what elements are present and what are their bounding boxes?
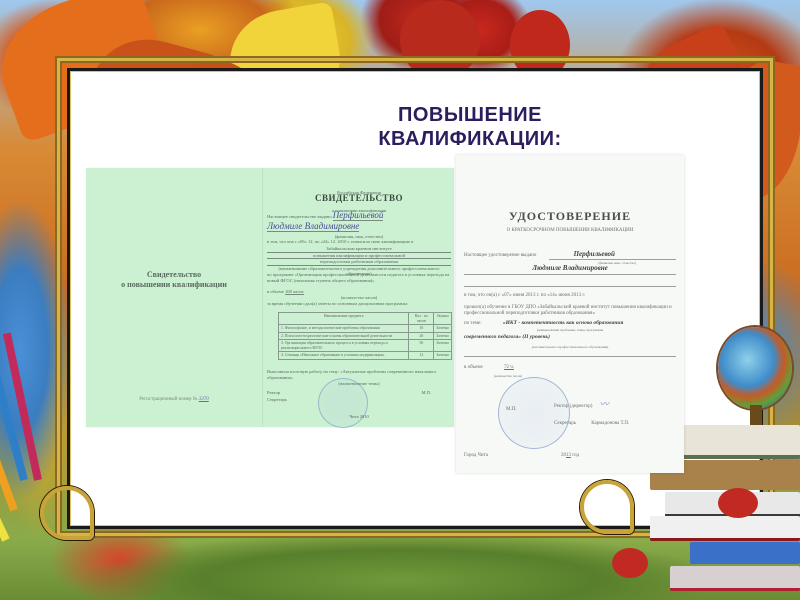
volume: в объеме 108 часов: [267, 289, 451, 295]
globe-image: [718, 327, 792, 409]
globe-stand: [750, 405, 762, 427]
recipient-name: Людмиле Владимировне: [267, 224, 451, 231]
green-certificate-image: Свидетельство о повышении квалификации Р…: [86, 168, 454, 427]
subjects-table: Наименование предмета Кол - во часов Оце…: [278, 312, 452, 360]
topic: по теме: «ИКТ - компетентность как основ…: [464, 320, 676, 327]
registration-number: Регистрационный номер № 3370: [86, 397, 262, 402]
table-row: 2. Психолого-педагогические основы образ…: [279, 332, 452, 340]
book-image: [650, 516, 800, 541]
city-year: Чита 2010: [267, 414, 451, 420]
rowan-berries-decoration: [718, 488, 758, 518]
secretary-signature: Секретарь Кармадонова Т.П.: [554, 421, 676, 427]
issued-to: Настоящее свидетельство выдано Перфильев…: [267, 213, 451, 220]
volume: в объеме 72 ч.: [464, 365, 676, 371]
table-header: Наименование предмета: [279, 313, 409, 325]
program-text: по программе «Организация профессиональн…: [267, 272, 451, 283]
certificate-cover-page: Свидетельство о повышении квалификации Р…: [86, 168, 262, 427]
official-stamp: [498, 377, 570, 449]
exams-text: за время обучения сдал(а) зачеты по осно…: [267, 301, 451, 307]
table-header: Оценка: [434, 313, 452, 325]
table-row: 1. Философские, и методологические пробл…: [279, 325, 452, 333]
white-certificate-image: УДОСТОВЕРЕНИЕ О КРАТКОСРОЧНОМ ПОВЫШЕНИИ …: [456, 155, 684, 473]
doc-title: УДОСТОВЕРЕНИЕ: [464, 213, 676, 223]
doc-subtitle: О КРАТКОСРОЧНОМ ПОВЫШЕНИИ КВАЛИФИКАЦИИ: [464, 228, 676, 234]
slide-title-line1: ПОВЫШЕНИЕ: [340, 103, 600, 127]
table-header: Кол - во часов: [409, 313, 434, 325]
doc-title: СВИДЕТЕЛЬСТВО: [267, 196, 451, 203]
official-stamp: [318, 378, 368, 428]
issue-year: 2013 год: [561, 453, 676, 459]
final-work: Выполнила итоговую работу на тему: «Акту…: [267, 369, 451, 380]
slide-title: ПОВЫШЕНИЕ КВАЛИФИКАЦИИ:: [340, 103, 600, 151]
rowan-berries-decoration: [612, 548, 648, 578]
table-row: 4. Семинар «Начальное образование в усло…: [279, 352, 452, 360]
period: в том, что он(а) с «07» июня 2013 г. по …: [464, 293, 676, 299]
cover-title: Свидетельство о повышении квалификации: [86, 270, 262, 290]
period-text: в том, что она с «06» 12. по «24» 12. 20…: [267, 239, 451, 245]
corner-ornament: [580, 480, 634, 534]
book-image: [680, 425, 800, 459]
table-row: 3. Организация образовательного процесса…: [279, 340, 452, 352]
book-image: [690, 542, 800, 564]
corner-ornament: [40, 486, 94, 540]
rector-signature: Ректор (директор) 〰: [554, 401, 676, 410]
slide-title-line2: КВАЛИФИКАЦИИ:: [340, 127, 600, 151]
recipient-name: Людмиле Владимировне: [464, 265, 676, 273]
book-image: [670, 566, 800, 591]
training-text: прошел(а) обучение в ГБОУ ДПО «Забайкаль…: [464, 305, 676, 317]
certificate-inner-page: Российская Федерация СВИДЕТЕЛЬСТВО о пов…: [262, 168, 455, 427]
